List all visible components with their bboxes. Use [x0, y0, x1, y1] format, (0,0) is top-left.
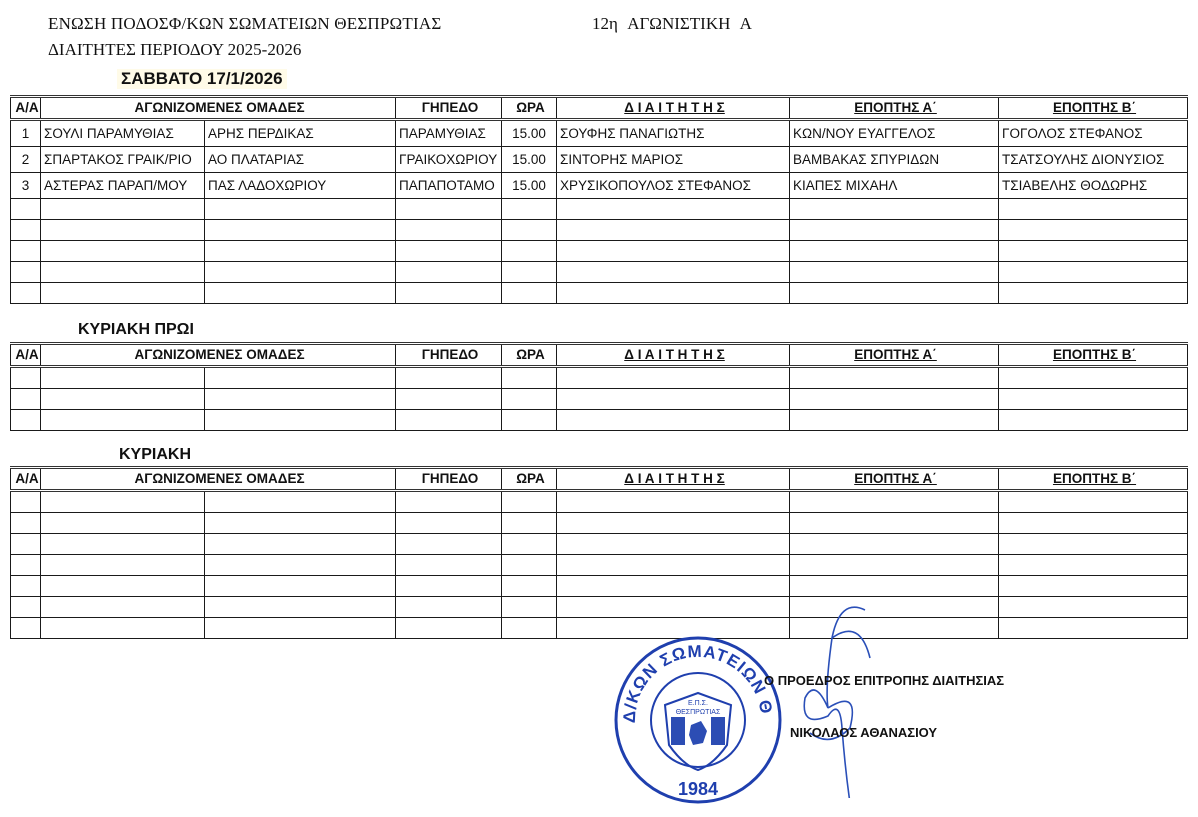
empty-cell	[41, 491, 205, 513]
empty-cell	[11, 618, 41, 639]
col-header-aa-label: Α/Α	[15, 347, 38, 362]
empty-cell	[396, 410, 502, 431]
empty-cell	[41, 220, 205, 241]
col-header-assistant-a: ΕΠΟΠΤΗΣ Α΄	[790, 97, 999, 120]
col-header-teams: ΑΓΩΝΙΖΟΜΕΝΕΣ ΟΜΑΔΕΣ	[41, 97, 396, 120]
empty-cell	[41, 597, 205, 618]
empty-cell	[502, 534, 557, 555]
cell-venue: ΠΑΡΑΜΥΘΙΑΣ	[396, 120, 502, 147]
cell-home: ΣΠΑΡΤΑΚΟΣ ΓΡΑΙΚ/ΡΙΟ	[41, 147, 205, 173]
president-name: ΝΙΚΟΛΑΟΣ ΑΘΑΝΑΣΙΟΥ	[790, 725, 937, 740]
empty-cell	[11, 513, 41, 534]
cell-home: ΑΣΤΕΡΑΣ ΠΑΡΑΠ/ΜΟΥ	[41, 173, 205, 199]
cell-home: ΣΟΥΛΙ ΠΑΡΑΜΥΘΙΑΣ	[41, 120, 205, 147]
empty-cell	[41, 283, 205, 304]
col-header-aa: Α/Α	[11, 344, 41, 367]
empty-cell	[205, 283, 396, 304]
col-header-venue: ΓΗΠΕΔΟ	[396, 468, 502, 491]
cell-aa: 3	[11, 173, 41, 199]
empty-cell	[11, 534, 41, 555]
empty-cell	[41, 199, 205, 220]
col-header-referee: Δ Ι Α Ι Τ Η Τ Η Σ	[557, 97, 790, 120]
empty-cell	[557, 262, 790, 283]
empty-cell	[557, 491, 790, 513]
empty-cell	[557, 410, 790, 431]
col-header-assistant-a: ΕΠΟΠΤΗΣ Α΄	[790, 468, 999, 491]
table-header-row: Α/ΑΑΓΩΝΙΖΟΜΕΝΕΣ ΟΜΑΔΕΣΓΗΠΕΔΟΩΡΑΔ Ι Α Ι Τ…	[11, 344, 1188, 367]
empty-cell	[41, 389, 205, 410]
empty-cell	[790, 491, 999, 513]
cell-referee: ΧΡΥΣΙΚΟΠΟΥΛΟΣ ΣΤΕΦΑΝΟΣ	[557, 173, 790, 199]
empty-row	[11, 262, 1188, 283]
empty-row	[11, 241, 1188, 262]
col-header-assistant-a-label: ΕΠΟΠΤΗΣ Α΄	[854, 347, 937, 362]
empty-cell	[41, 410, 205, 431]
empty-cell	[11, 262, 41, 283]
cell-away: ΑΟ ΠΛΑΤΑΡΙΑΣ	[205, 147, 396, 173]
empty-cell	[205, 618, 396, 639]
empty-cell	[557, 534, 790, 555]
empty-row	[11, 283, 1188, 304]
empty-cell	[205, 199, 396, 220]
schedule-table-saturday: Α/ΑΑΓΩΝΙΖΟΜΕΝΕΣ ΟΜΑΔΕΣΓΗΠΕΔΟΩΡΑΔ Ι Α Ι Τ…	[10, 95, 1188, 304]
president-title: Ο ΠΡΟΕΔΡΟΣ ΕΠΙΤΡΟΠΗΣ ΔΙΑΙΤΗΣΙΑΣ	[764, 673, 1004, 688]
cell-venue: ΠΑΠΑΠΟΤΑΜΟ	[396, 173, 502, 199]
empty-cell	[396, 367, 502, 389]
col-header-teams: ΑΓΩΝΙΖΟΜΕΝΕΣ ΟΜΑΔΕΣ	[41, 344, 396, 367]
empty-cell	[205, 367, 396, 389]
empty-row	[11, 555, 1188, 576]
period-subtitle: ΔΙΑΙΤΗΤΕΣ ΠΕΡΙΟΔΟΥ 2025-2026	[48, 40, 301, 60]
empty-cell	[41, 513, 205, 534]
svg-text:ΘΕΣΠΡΩΤΙΑΣ: ΘΕΣΠΡΩΤΙΑΣ	[676, 709, 721, 716]
empty-row	[11, 576, 1188, 597]
empty-cell	[557, 555, 790, 576]
empty-cell	[396, 199, 502, 220]
cell-away: ΠΑΣ ΛΑΔΟΧΩΡΙΟΥ	[205, 173, 396, 199]
empty-cell	[396, 241, 502, 262]
empty-cell	[502, 597, 557, 618]
empty-row	[11, 597, 1188, 618]
col-header-aa-label: Α/Α	[15, 471, 38, 486]
round-title: 12η ΑΓΩΝΙΣΤΙΚΗ Α	[592, 14, 752, 34]
col-header-venue: ΓΗΠΕΔΟ	[396, 97, 502, 120]
empty-cell	[502, 389, 557, 410]
col-header-venue-label: ΓΗΠΕΔΟ	[422, 471, 478, 486]
match-row: 2ΣΠΑΡΤΑΚΟΣ ΓΡΑΙΚ/ΡΙΟΑΟ ΠΛΑΤΑΡΙΑΣΓΡΑΙΚΟΧΩ…	[11, 147, 1188, 173]
empty-cell	[205, 241, 396, 262]
empty-cell	[11, 199, 41, 220]
empty-row	[11, 367, 1188, 389]
empty-cell	[999, 199, 1188, 220]
col-header-teams-label: ΑΓΩΝΙΖΟΜΕΝΕΣ ΟΜΑΔΕΣ	[134, 100, 304, 115]
empty-cell	[502, 491, 557, 513]
col-header-venue-label: ΓΗΠΕΔΟ	[422, 100, 478, 115]
empty-cell	[205, 597, 396, 618]
col-header-assistant-b: ΕΠΟΠΤΗΣ Β΄	[999, 97, 1188, 120]
section-label-sunday-morning: ΚΥΡΙΑΚΗ ΠΡΩΙ	[78, 321, 194, 339]
empty-cell	[502, 555, 557, 576]
empty-cell	[790, 241, 999, 262]
empty-cell	[999, 491, 1188, 513]
union-title: ΕΝΩΣΗ ΠΟΔΟΣΦ/ΚΩΝ ΣΩΜΑΤΕΙΩΝ ΘΕΣΠΡΩΤΙΑΣ	[48, 14, 441, 34]
cell-assistant-a: ΚΙΑΠΕΣ ΜΙΧΑΗΛ	[790, 173, 999, 199]
col-header-teams-label: ΑΓΩΝΙΖΟΜΕΝΕΣ ΟΜΑΔΕΣ	[134, 471, 304, 486]
empty-cell	[11, 367, 41, 389]
empty-cell	[999, 389, 1188, 410]
empty-cell	[999, 513, 1188, 534]
empty-cell	[557, 241, 790, 262]
empty-cell	[41, 262, 205, 283]
cell-assistant-b: ΓΟΓΟΛΟΣ ΣΤΕΦΑΝΟΣ	[999, 120, 1188, 147]
empty-cell	[205, 534, 396, 555]
empty-cell	[790, 389, 999, 410]
empty-cell	[999, 618, 1188, 639]
empty-cell	[11, 491, 41, 513]
empty-cell	[205, 262, 396, 283]
empty-cell	[557, 513, 790, 534]
col-header-time-label: ΩΡΑ	[516, 347, 545, 362]
empty-cell	[557, 389, 790, 410]
cell-referee: ΣΙΝΤΟΡΗΣ ΜΑΡΙΟΣ	[557, 147, 790, 173]
empty-cell	[396, 534, 502, 555]
empty-cell	[790, 283, 999, 304]
cell-venue: ΓΡΑΙΚΟΧΩΡΙΟΥ	[396, 147, 502, 173]
cell-time: 15.00	[502, 147, 557, 173]
empty-cell	[205, 513, 396, 534]
empty-row	[11, 410, 1188, 431]
svg-text:1984: 1984	[678, 779, 718, 799]
col-header-time: ΩΡΑ	[502, 97, 557, 120]
empty-cell	[205, 555, 396, 576]
empty-cell	[790, 513, 999, 534]
empty-cell	[205, 220, 396, 241]
empty-cell	[396, 283, 502, 304]
schedule-table-sunday-morning: Α/ΑΑΓΩΝΙΖΟΜΕΝΕΣ ΟΜΑΔΕΣΓΗΠΕΔΟΩΡΑΔ Ι Α Ι Τ…	[10, 342, 1188, 431]
col-header-time-label: ΩΡΑ	[516, 471, 545, 486]
col-header-aa: Α/Α	[11, 97, 41, 120]
empty-cell	[41, 576, 205, 597]
table-header-row: Α/ΑΑΓΩΝΙΖΟΜΕΝΕΣ ΟΜΑΔΕΣΓΗΠΕΔΟΩΡΑΔ Ι Α Ι Τ…	[11, 97, 1188, 120]
empty-cell	[790, 199, 999, 220]
empty-row	[11, 220, 1188, 241]
empty-cell	[557, 199, 790, 220]
empty-cell	[999, 410, 1188, 431]
col-header-venue-label: ΓΗΠΕΔΟ	[422, 347, 478, 362]
col-header-time: ΩΡΑ	[502, 468, 557, 491]
empty-row	[11, 534, 1188, 555]
empty-cell	[502, 513, 557, 534]
col-header-referee-label: Δ Ι Α Ι Τ Η Τ Η Σ	[624, 471, 725, 486]
empty-cell	[502, 367, 557, 389]
empty-cell	[557, 283, 790, 304]
empty-cell	[999, 367, 1188, 389]
empty-row	[11, 389, 1188, 410]
empty-cell	[999, 283, 1188, 304]
empty-cell	[790, 367, 999, 389]
empty-cell	[41, 367, 205, 389]
empty-cell	[557, 597, 790, 618]
schedule-table-sunday: Α/ΑΑΓΩΝΙΖΟΜΕΝΕΣ ΟΜΑΔΕΣΓΗΠΕΔΟΩΡΑΔ Ι Α Ι Τ…	[10, 466, 1188, 639]
empty-cell	[502, 199, 557, 220]
col-header-time-label: ΩΡΑ	[516, 100, 545, 115]
table-header-row: Α/ΑΑΓΩΝΙΖΟΜΕΝΕΣ ΟΜΑΔΕΣΓΗΠΕΔΟΩΡΑΔ Ι Α Ι Τ…	[11, 468, 1188, 491]
empty-row	[11, 513, 1188, 534]
empty-cell	[11, 389, 41, 410]
cell-time: 15.00	[502, 120, 557, 147]
empty-cell	[396, 576, 502, 597]
empty-cell	[11, 555, 41, 576]
section-label-sunday: ΚΥΡΙΑΚΗ	[119, 446, 191, 464]
empty-cell	[396, 597, 502, 618]
empty-cell	[41, 555, 205, 576]
col-header-teams: ΑΓΩΝΙΖΟΜΕΝΕΣ ΟΜΑΔΕΣ	[41, 468, 396, 491]
empty-cell	[790, 220, 999, 241]
col-header-assistant-a-label: ΕΠΟΠΤΗΣ Α΄	[854, 471, 937, 486]
cell-aa: 2	[11, 147, 41, 173]
col-header-time: ΩΡΑ	[502, 344, 557, 367]
empty-cell	[999, 262, 1188, 283]
col-header-referee: Δ Ι Α Ι Τ Η Τ Η Σ	[557, 344, 790, 367]
empty-cell	[396, 555, 502, 576]
col-header-assistant-b-label: ΕΠΟΠΤΗΣ Β΄	[1053, 100, 1136, 115]
empty-cell	[11, 410, 41, 431]
union-stamp: ΕΝΩΣΗ ΠΟΔ/ΚΩΝ ΣΩΜΑΤΕΙΩΝ ΘΕΣΠΡΩΤΙΑΣ 1984 …	[613, 635, 783, 805]
empty-cell	[557, 576, 790, 597]
empty-cell	[502, 618, 557, 639]
cell-time: 15.00	[502, 173, 557, 199]
empty-cell	[502, 241, 557, 262]
empty-cell	[502, 220, 557, 241]
empty-cell	[205, 410, 396, 431]
cell-referee: ΣΟΥΦΗΣ ΠΑΝΑΓΙΩΤΗΣ	[557, 120, 790, 147]
col-header-teams-label: ΑΓΩΝΙΖΟΜΕΝΕΣ ΟΜΑΔΕΣ	[134, 347, 304, 362]
empty-cell	[41, 241, 205, 262]
empty-cell	[790, 534, 999, 555]
empty-cell	[999, 597, 1188, 618]
empty-cell	[999, 241, 1188, 262]
empty-cell	[502, 410, 557, 431]
cell-assistant-a: ΚΩΝ/ΝΟΥ ΕΥΑΓΓΕΛΟΣ	[790, 120, 999, 147]
empty-cell	[41, 618, 205, 639]
empty-cell	[11, 241, 41, 262]
empty-cell	[396, 513, 502, 534]
empty-cell	[205, 389, 396, 410]
empty-cell	[502, 262, 557, 283]
section-label-saturday: ΣΑΒΒΑΤΟ 17/1/2026	[117, 69, 287, 89]
empty-cell	[790, 262, 999, 283]
col-header-venue: ΓΗΠΕΔΟ	[396, 344, 502, 367]
col-header-aa: Α/Α	[11, 468, 41, 491]
empty-cell	[205, 491, 396, 513]
col-header-referee-label: Δ Ι Α Ι Τ Η Τ Η Σ	[624, 100, 725, 115]
col-header-aa-label: Α/Α	[15, 100, 38, 115]
empty-cell	[396, 220, 502, 241]
col-header-assistant-b-label: ΕΠΟΠΤΗΣ Β΄	[1053, 347, 1136, 362]
signature	[770, 598, 890, 798]
empty-cell	[396, 389, 502, 410]
match-row: 1ΣΟΥΛΙ ΠΑΡΑΜΥΘΙΑΣΑΡΗΣ ΠΕΡΔΙΚΑΣΠΑΡΑΜΥΘΙΑΣ…	[11, 120, 1188, 147]
empty-cell	[11, 283, 41, 304]
empty-cell	[999, 534, 1188, 555]
empty-cell	[396, 491, 502, 513]
empty-cell	[11, 576, 41, 597]
empty-cell	[790, 576, 999, 597]
empty-cell	[502, 576, 557, 597]
empty-cell	[790, 555, 999, 576]
empty-cell	[557, 367, 790, 389]
empty-row	[11, 618, 1188, 639]
empty-cell	[11, 597, 41, 618]
col-header-assistant-a: ΕΠΟΠΤΗΣ Α΄	[790, 344, 999, 367]
empty-row	[11, 491, 1188, 513]
svg-text:Ε.Π.Σ.: Ε.Π.Σ.	[688, 700, 708, 707]
cell-assistant-a: ΒΑΜΒΑΚΑΣ ΣΠΥΡΙΔΩΝ	[790, 147, 999, 173]
empty-cell	[790, 410, 999, 431]
cell-away: ΑΡΗΣ ΠΕΡΔΙΚΑΣ	[205, 120, 396, 147]
empty-cell	[396, 618, 502, 639]
empty-cell	[11, 220, 41, 241]
empty-cell	[999, 576, 1188, 597]
col-header-assistant-b: ΕΠΟΠΤΗΣ Β΄	[999, 344, 1188, 367]
col-header-assistant-a-label: ΕΠΟΠΤΗΣ Α΄	[854, 100, 937, 115]
empty-cell	[999, 220, 1188, 241]
empty-cell	[396, 262, 502, 283]
empty-cell	[205, 576, 396, 597]
empty-row	[11, 199, 1188, 220]
col-header-assistant-b: ΕΠΟΠΤΗΣ Β΄	[999, 468, 1188, 491]
empty-cell	[41, 534, 205, 555]
empty-cell	[557, 220, 790, 241]
empty-cell	[502, 283, 557, 304]
cell-assistant-b: ΤΣΑΤΣΟΥΛΗΣ ΔΙΟΝΥΣΙΟΣ	[999, 147, 1188, 173]
col-header-assistant-b-label: ΕΠΟΠΤΗΣ Β΄	[1053, 471, 1136, 486]
cell-aa: 1	[11, 120, 41, 147]
col-header-referee: Δ Ι Α Ι Τ Η Τ Η Σ	[557, 468, 790, 491]
cell-assistant-b: ΤΣΙΑΒΕΛΗΣ ΘΟΔΩΡΗΣ	[999, 173, 1188, 199]
match-row: 3ΑΣΤΕΡΑΣ ΠΑΡΑΠ/ΜΟΥΠΑΣ ΛΑΔΟΧΩΡΙΟΥΠΑΠΑΠΟΤΑ…	[11, 173, 1188, 199]
col-header-referee-label: Δ Ι Α Ι Τ Η Τ Η Σ	[624, 347, 725, 362]
empty-cell	[999, 555, 1188, 576]
